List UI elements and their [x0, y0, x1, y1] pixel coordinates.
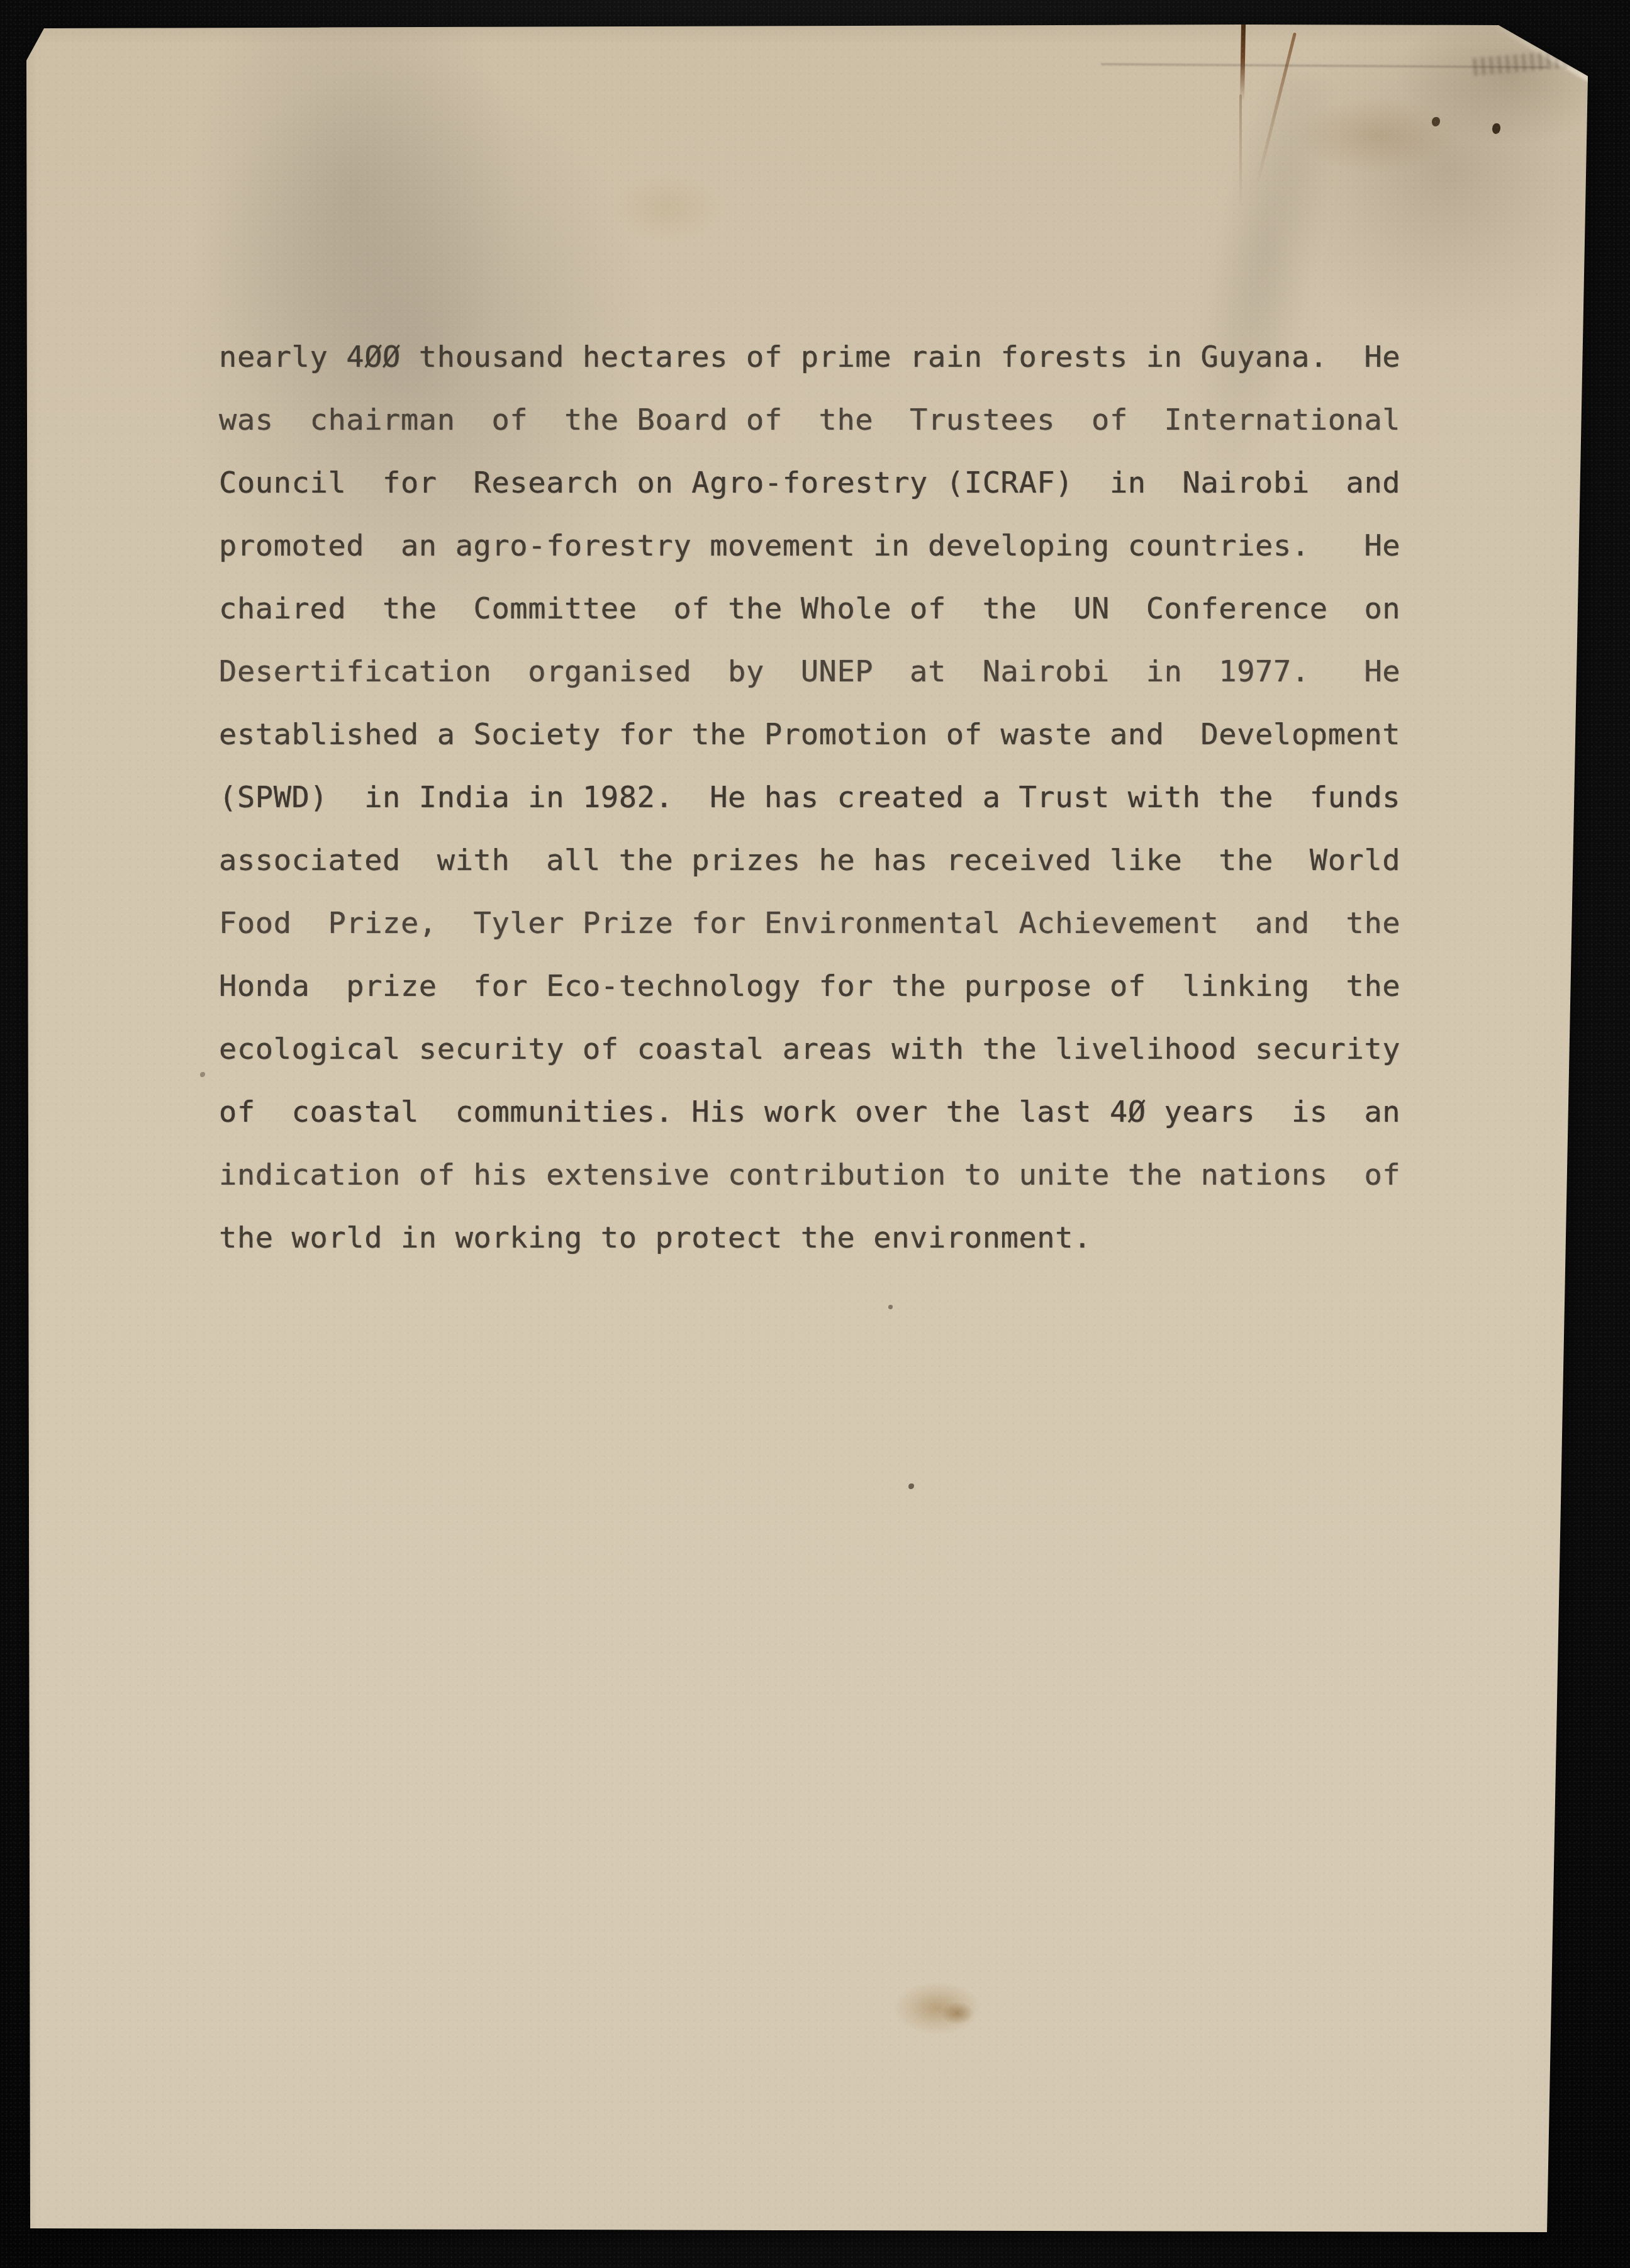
paper-sheet: nearly 4ØØ thousand hectares of prime ra…	[0, 0, 1630, 2268]
text-line: was chairman of the Board of the Trustee…	[219, 389, 1400, 452]
paper-speck	[888, 1305, 893, 1309]
text-line: associated with all the prizes he has re…	[219, 829, 1400, 892]
text-line: Honda prize for Eco-technology for the p…	[219, 955, 1400, 1018]
text-line: nearly 4ØØ thousand hectares of prime ra…	[219, 326, 1400, 389]
scan-backdrop: nearly 4ØØ thousand hectares of prime ra…	[0, 0, 1630, 2268]
text-line: Food Prize, Tyler Prize for Environmenta…	[219, 892, 1400, 955]
crease-shadow	[1150, 64, 1353, 590]
paper-speck	[908, 1483, 914, 1489]
paper-wrap: nearly 4ØØ thousand hectares of prime ra…	[0, 0, 1630, 2268]
text-line: Council for Research on Agro-forestry (I…	[219, 452, 1400, 515]
scratch-line	[1101, 64, 1548, 69]
text-line: Desertification organised by UNEP at Nai…	[219, 640, 1400, 703]
text-line: indication of his extensive contribution…	[219, 1144, 1400, 1207]
paper-speck	[1432, 117, 1440, 126]
paper-speck	[200, 1072, 205, 1077]
fold-corner-edge-highlight	[1487, 20, 1604, 90]
text-line: chaired the Committee of the Whole of th…	[219, 578, 1400, 640]
ghost-print-marks	[1473, 50, 1568, 76]
text-line: the world in working to protect the envi…	[219, 1207, 1400, 1270]
crease-mark-dark	[1240, 23, 1246, 101]
crease-mark-diagonal	[1256, 32, 1297, 186]
paper-speck	[1492, 123, 1500, 134]
typewritten-paragraph: nearly 4ØØ thousand hectares of prime ra…	[219, 326, 1400, 1270]
crease-mark-dark-tail	[1239, 94, 1242, 208]
text-line: promoted an agro-forestry movement in de…	[219, 515, 1400, 578]
text-line: (SPWD) in India in 1982. He has created …	[219, 766, 1400, 829]
text-line: ecological security of coastal areas wit…	[219, 1018, 1400, 1081]
text-line: established a Society for the Promotion …	[219, 703, 1400, 766]
text-line: of coastal communities. His work over th…	[219, 1081, 1400, 1144]
